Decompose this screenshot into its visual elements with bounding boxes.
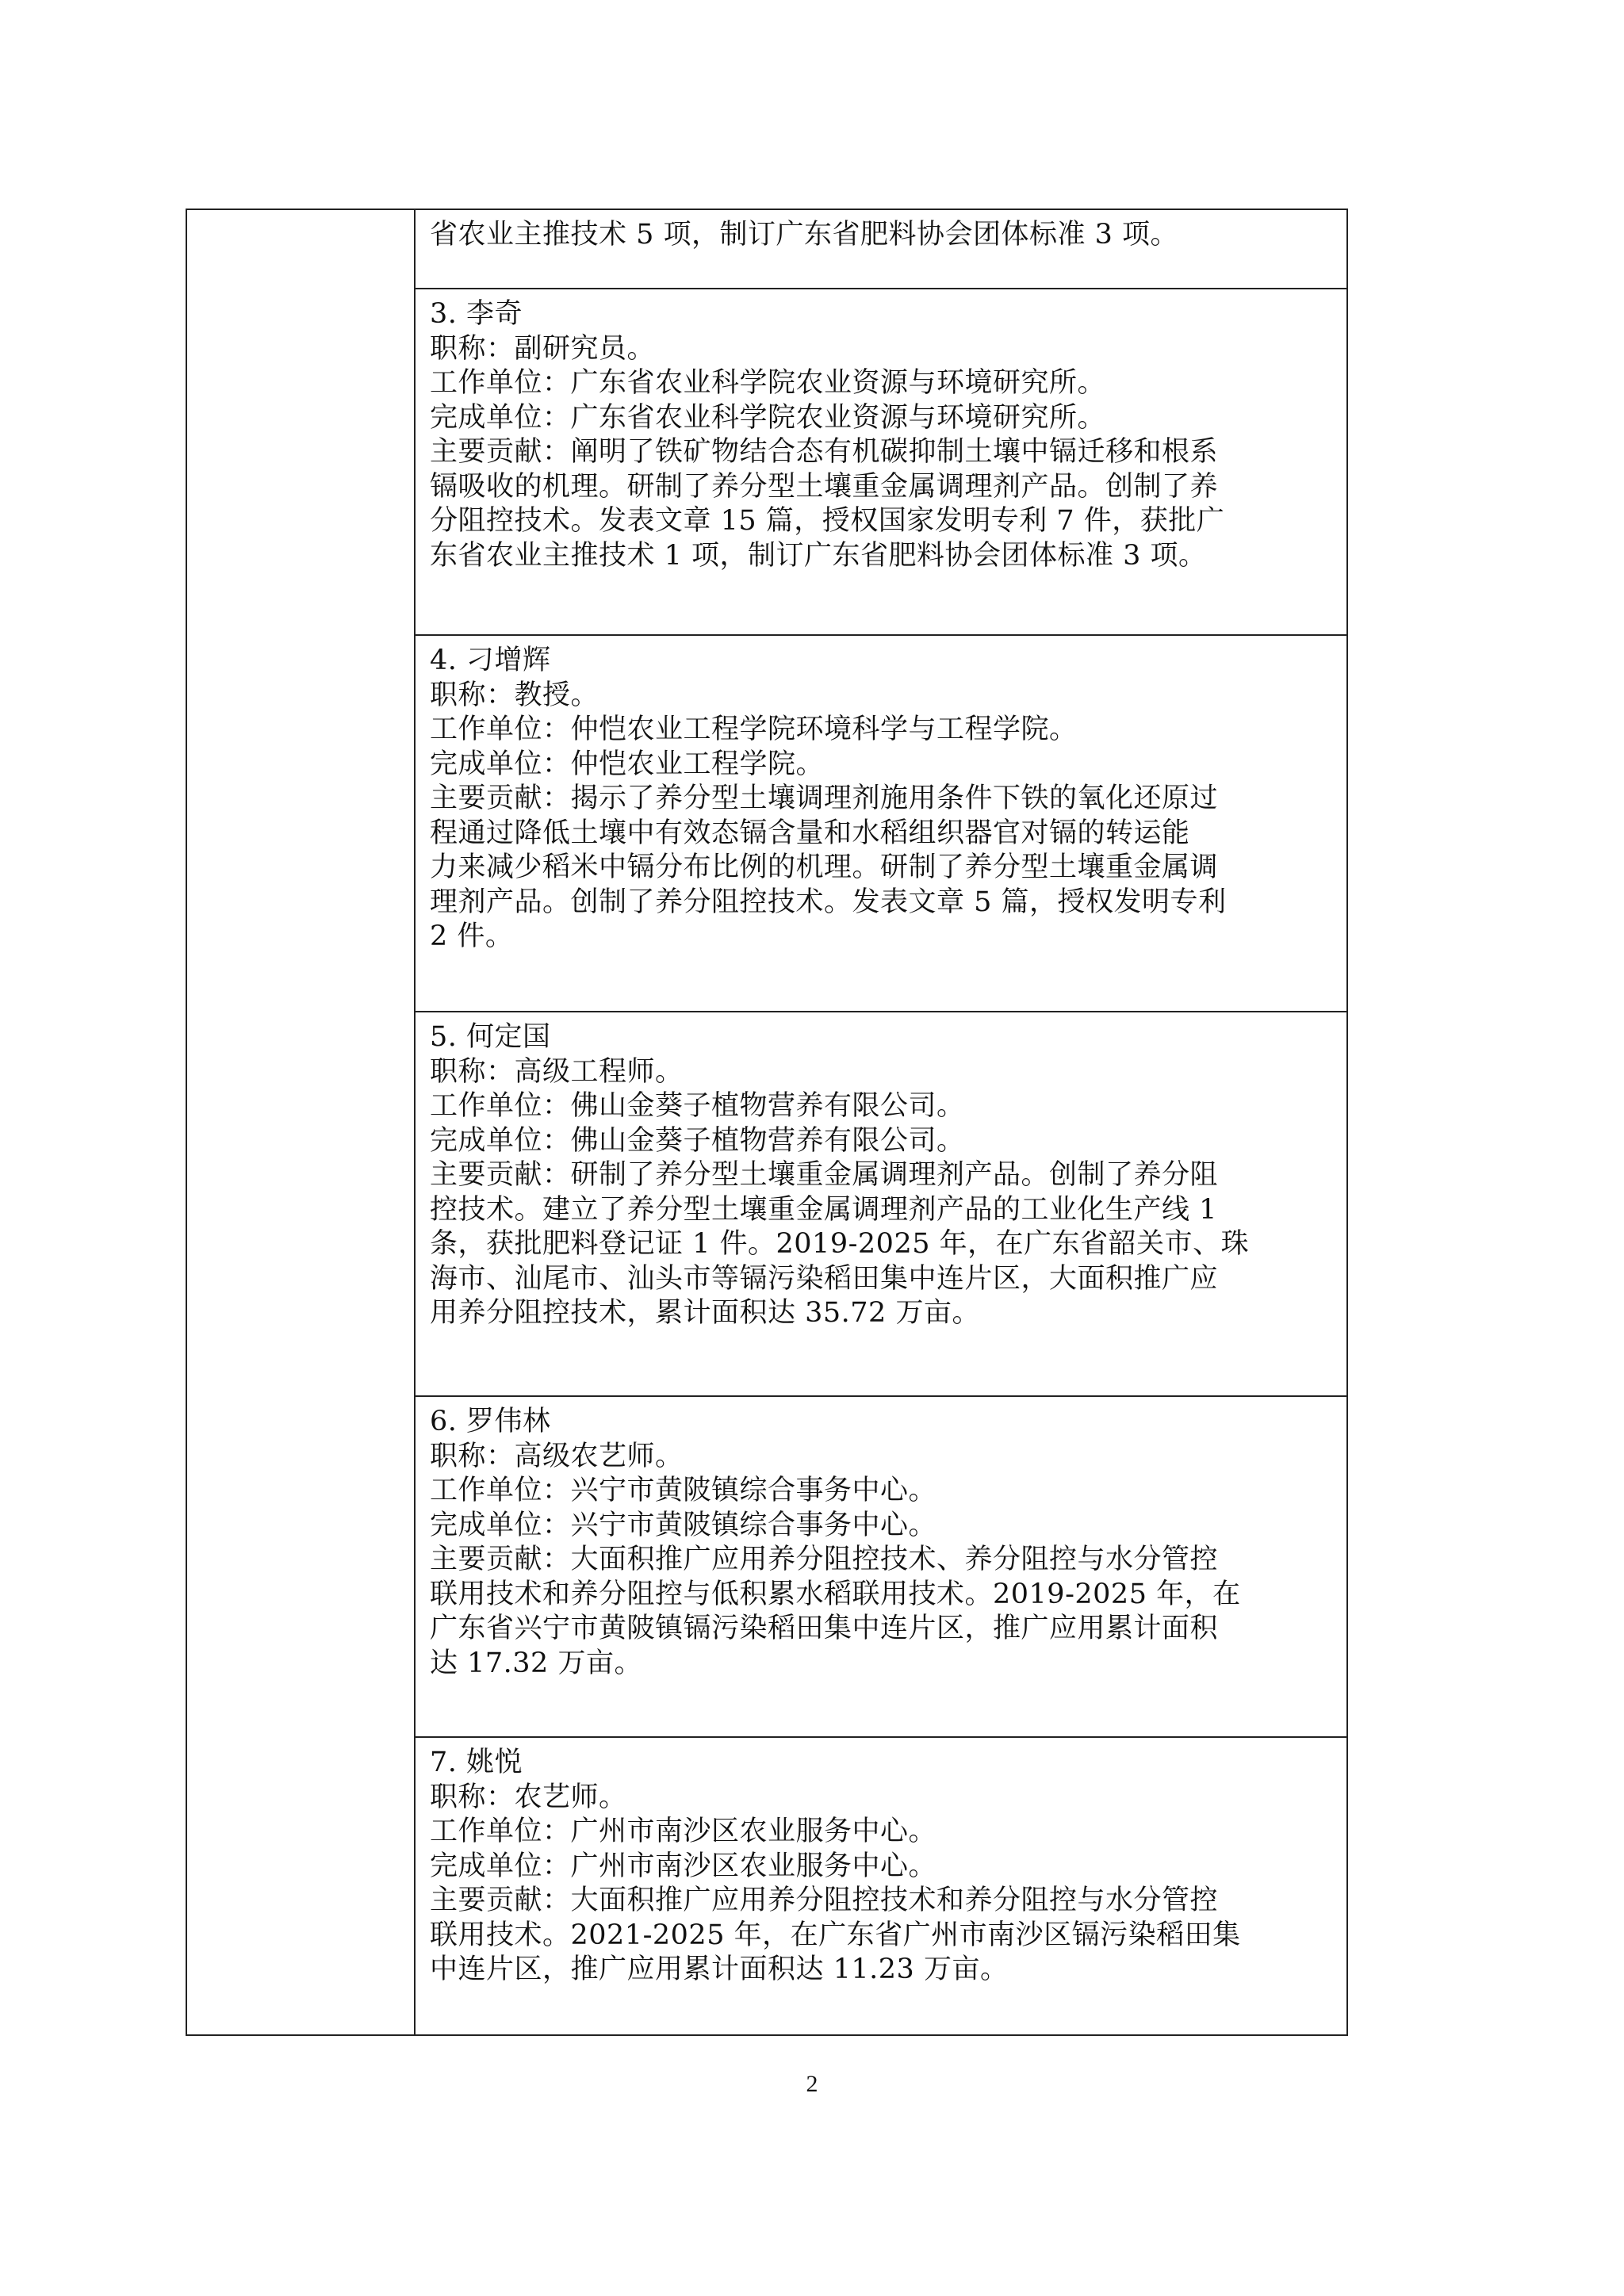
cell-text: 6. 罗伟林 职称：高级农艺师。 工作单位：兴宁市黄陂镇综合事务中心。 完成单位… xyxy=(416,1397,1346,1689)
contributor-contribution: 广东省兴宁市黄陂镇镉污染稻田集中连片区，推广应用累计面积 xyxy=(430,1612,1334,1647)
contributor-name: 5. 何定国 xyxy=(430,1020,1334,1055)
page-number: 2 xyxy=(0,2071,1624,2098)
contributor-completion-unit: 完成单位：佛山金葵子植物营养有限公司。 xyxy=(430,1124,1334,1159)
contributor-contribution: 理剂产品。创制了养分阻控技术。发表文章 5 篇，授权发明专利 xyxy=(430,886,1334,920)
contributor-contribution: 达 17.32 万亩。 xyxy=(430,1647,1334,1682)
contributor-name: 3. 李奇 xyxy=(430,297,1334,332)
contributor-name: 4. 刁增辉 xyxy=(430,644,1334,679)
contributor-cell-3: 3. 李奇 职称：副研究员。 工作单位：广东省农业科学院农业资源与环境研究所。 … xyxy=(415,289,1347,635)
contributor-contribution: 中连片区，推广应用累计面积达 11.23 万亩。 xyxy=(430,1953,1334,1988)
contributor-work-unit: 工作单位：广东省农业科学院农业资源与环境研究所。 xyxy=(430,366,1334,401)
cell-text: 5. 何定国 职称：高级工程师。 工作单位：佛山金葵子植物营养有限公司。 完成单… xyxy=(416,1012,1346,1339)
contributor-contribution: 联用技术。2021-2025 年，在广东省广州市南沙区镉污染稻田集 xyxy=(430,1919,1334,1954)
contributor-work-unit: 工作单位：佛山金葵子植物营养有限公司。 xyxy=(430,1089,1334,1124)
text-line: 省农业主推技术 5 项，制订广东省肥料协会团体标准 3 项。 xyxy=(430,218,1334,253)
contributor-work-unit: 工作单位：仲恺农业工程学院环境科学与工程学院。 xyxy=(430,713,1334,748)
contributor-title: 职称：教授。 xyxy=(430,679,1334,714)
contributor-contribution: 镉吸收的机理。研制了养分型土壤重金属调理剂产品。创制了养 xyxy=(430,470,1334,505)
contributor-contribution: 主要贡献：研制了养分型土壤重金属调理剂产品。创制了养分阻 xyxy=(430,1158,1334,1193)
contributor-contribution: 主要贡献：阐明了铁矿物结合态有机碳抑制土壤中镉迁移和根系 xyxy=(430,435,1334,470)
contributor-contribution: 条，获批肥料登记证 1 件。2019-2025 年，在广东省韶关市、珠 xyxy=(430,1227,1334,1262)
contributor-cell-7: 7. 姚悦 职称：农艺师。 工作单位：广州市南沙区农业服务中心。 完成单位：广州… xyxy=(415,1737,1347,2035)
contributor-contribution: 主要贡献：揭示了养分型土壤调理剂施用条件下铁的氧化还原过 xyxy=(430,782,1334,817)
contributor-contribution: 联用技术和养分阻控与低积累水稻联用技术。2019-2025 年，在 xyxy=(430,1578,1334,1613)
contributor-cell-5: 5. 何定国 职称：高级工程师。 工作单位：佛山金葵子植物营养有限公司。 完成单… xyxy=(415,1012,1347,1396)
contributor-completion-unit: 完成单位：兴宁市黄陂镇综合事务中心。 xyxy=(430,1509,1334,1544)
contributor-name: 6. 罗伟林 xyxy=(430,1405,1334,1440)
cell-text: 7. 姚悦 职称：农艺师。 工作单位：广州市南沙区农业服务中心。 完成单位：广州… xyxy=(416,1738,1346,1996)
table-row: 省农业主推技术 5 项，制订广东省肥料协会团体标准 3 项。 xyxy=(186,209,1347,289)
contributor-contribution: 程通过降低土壤中有效态镉含量和水稻组织器官对镉的转运能 xyxy=(430,817,1334,851)
contributor-cell-6: 6. 罗伟林 职称：高级农艺师。 工作单位：兴宁市黄陂镇综合事务中心。 完成单位… xyxy=(415,1396,1347,1737)
contributor-title: 职称：高级农艺师。 xyxy=(430,1440,1334,1475)
contributor-contribution: 分阻控技术。发表文章 15 篇，授权国家发明专利 7 件，获批广 xyxy=(430,504,1334,539)
contributor-cell-continued: 省农业主推技术 5 项，制订广东省肥料协会团体标准 3 项。 xyxy=(415,209,1347,289)
contributor-work-unit: 工作单位：广州市南沙区农业服务中心。 xyxy=(430,1815,1334,1850)
contributor-title: 职称：农艺师。 xyxy=(430,1781,1334,1816)
left-label-cell xyxy=(186,209,415,2035)
contributor-contribution: 海市、汕尾市、汕头市等镉污染稻田集中连片区，大面积推广应 xyxy=(430,1262,1334,1297)
contributor-contribution: 力来减少稻米中镉分布比例的机理。研制了养分型土壤重金属调 xyxy=(430,851,1334,886)
contributor-title: 职称：副研究员。 xyxy=(430,332,1334,367)
contributor-contribution: 2 件。 xyxy=(430,920,1334,955)
contributor-completion-unit: 完成单位：广东省农业科学院农业资源与环境研究所。 xyxy=(430,401,1334,436)
contributor-name: 7. 姚悦 xyxy=(430,1746,1334,1781)
contributor-title: 职称：高级工程师。 xyxy=(430,1055,1334,1090)
contributor-contribution: 主要贡献：大面积推广应用养分阻控技术、养分阻控与水分管控 xyxy=(430,1543,1334,1578)
contributors-table: 省农业主推技术 5 项，制订广东省肥料协会团体标准 3 项。 3. 李奇 职称：… xyxy=(186,209,1348,2036)
contributor-completion-unit: 完成单位：仲恺农业工程学院。 xyxy=(430,748,1334,783)
contributor-completion-unit: 完成单位：广州市南沙区农业服务中心。 xyxy=(430,1850,1334,1885)
cell-text: 4. 刁增辉 职称：教授。 工作单位：仲恺农业工程学院环境科学与工程学院。 完成… xyxy=(416,636,1346,962)
contributor-contribution: 控技术。建立了养分型土壤重金属调理剂产品的工业化生产线 1 xyxy=(430,1193,1334,1228)
contributor-cell-4: 4. 刁增辉 职称：教授。 工作单位：仲恺农业工程学院环境科学与工程学院。 完成… xyxy=(415,635,1347,1012)
cell-text: 3. 李奇 职称：副研究员。 工作单位：广东省农业科学院农业资源与环境研究所。 … xyxy=(416,289,1346,581)
contributor-contribution: 东省农业主推技术 1 项，制订广东省肥料协会团体标准 3 项。 xyxy=(430,539,1334,574)
contributor-work-unit: 工作单位：兴宁市黄陂镇综合事务中心。 xyxy=(430,1474,1334,1509)
contributor-contribution: 用养分阻控技术，累计面积达 35.72 万亩。 xyxy=(430,1296,1334,1331)
cell-text: 省农业主推技术 5 项，制订广东省肥料协会团体标准 3 项。 xyxy=(416,210,1346,261)
contributor-contribution: 主要贡献：大面积推广应用养分阻控技术和养分阻控与水分管控 xyxy=(430,1884,1334,1919)
